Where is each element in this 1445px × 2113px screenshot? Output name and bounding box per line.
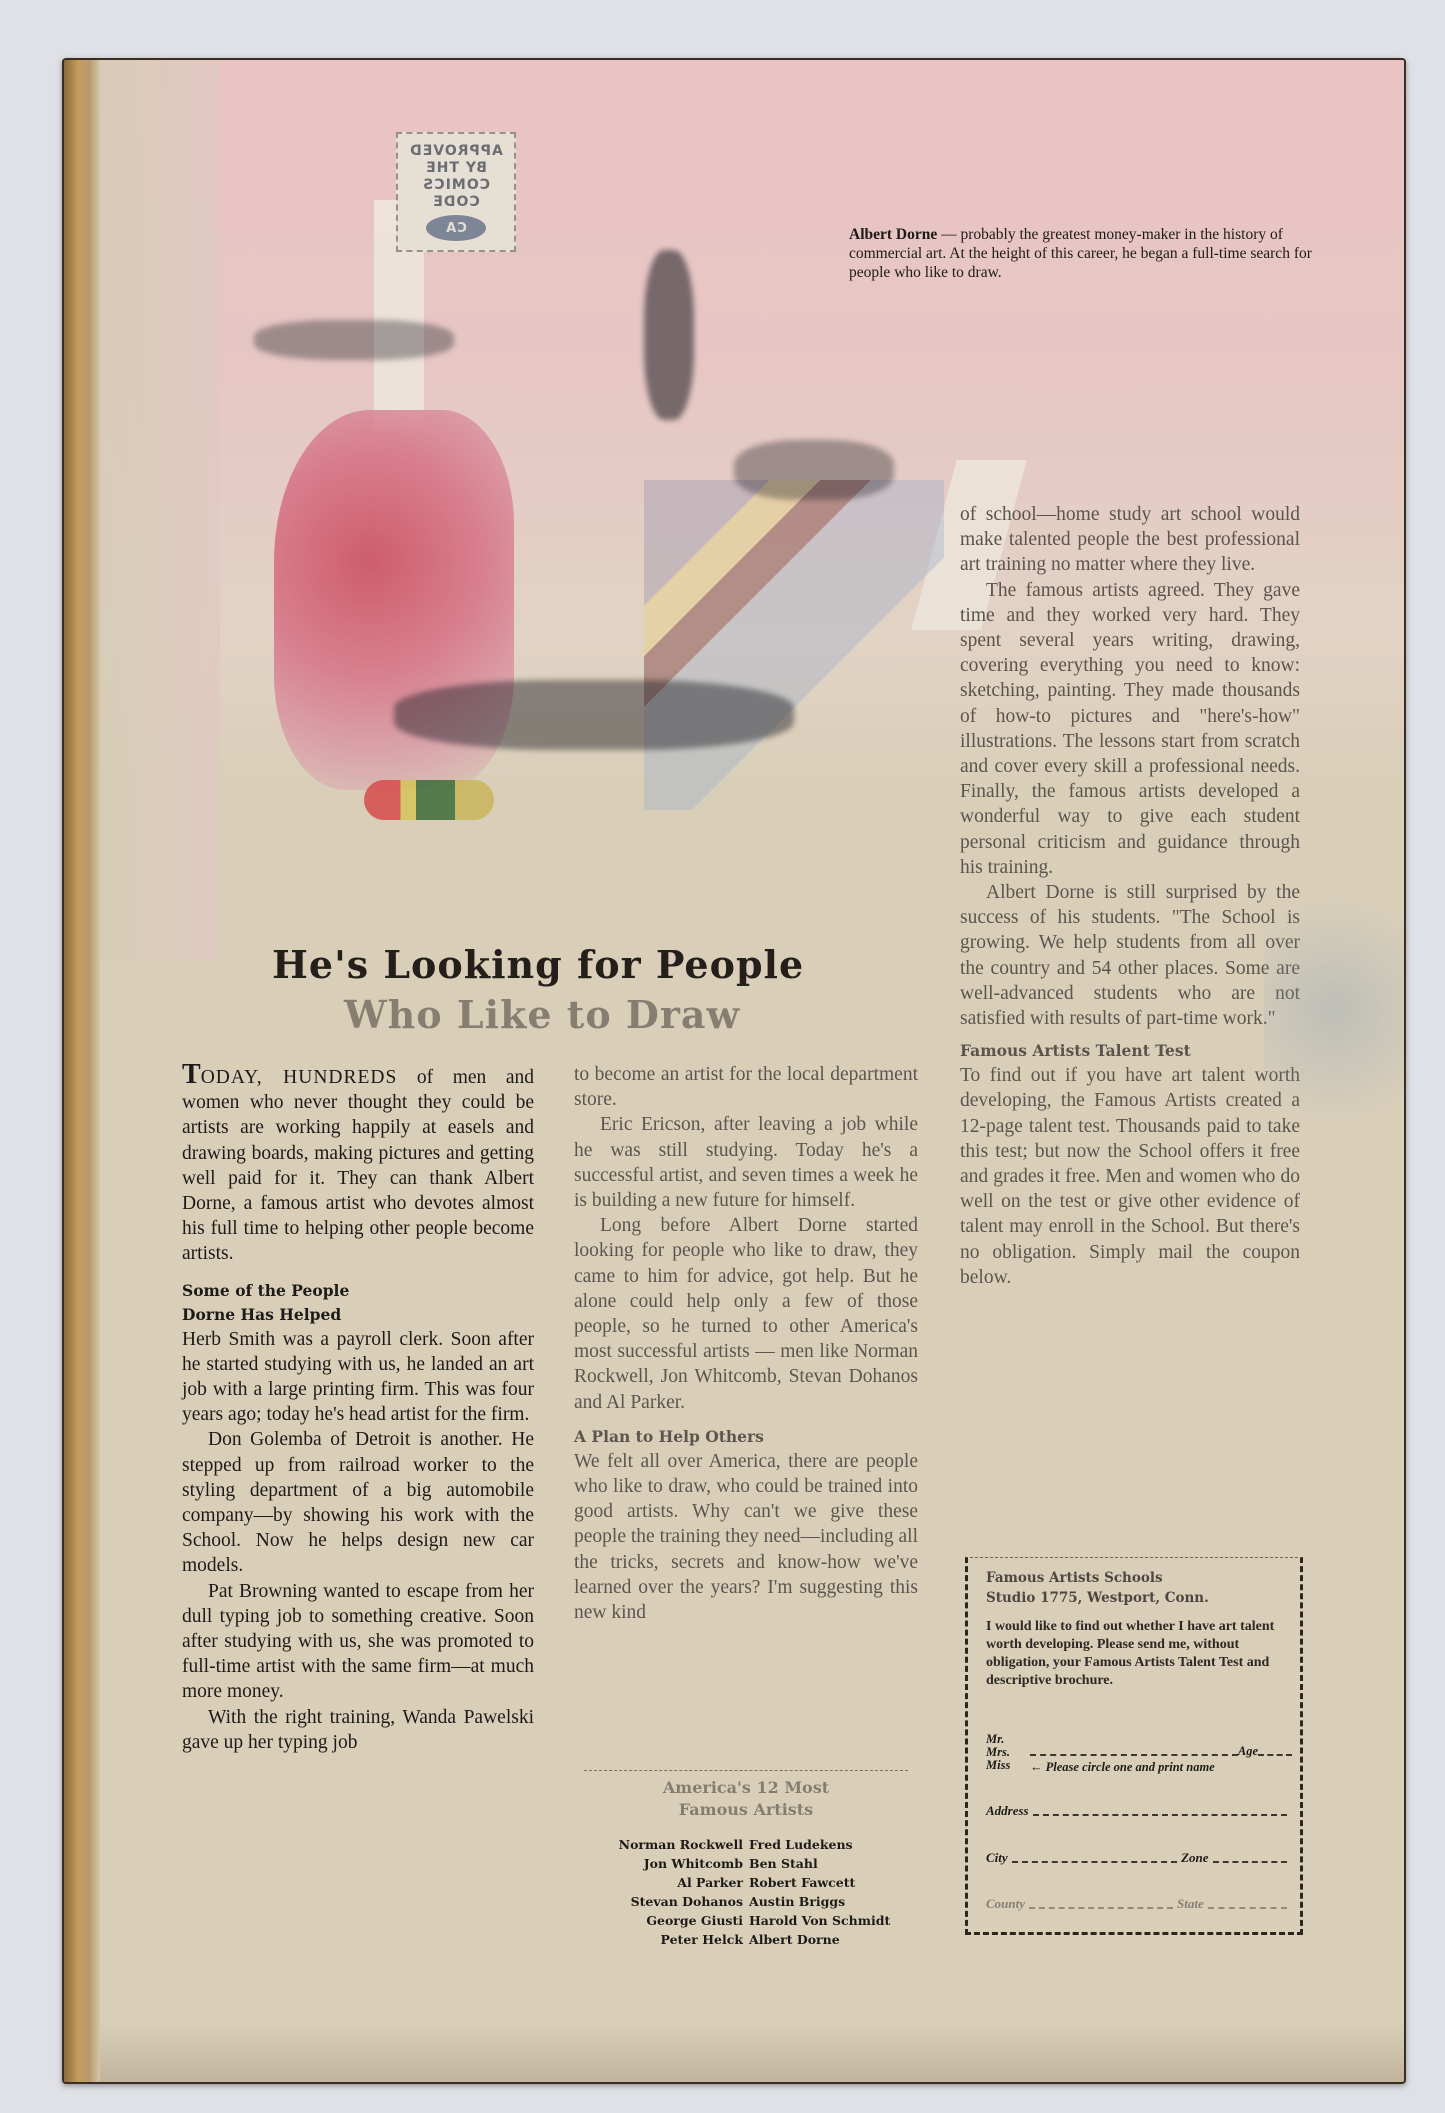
artist-name: Robert Fawcett	[746, 1873, 918, 1892]
address-line[interactable]	[1033, 1813, 1287, 1816]
paragraph: With the right training, Wanda Pawelski …	[182, 1705, 534, 1755]
artist-name: Peter Helck	[574, 1930, 746, 1949]
salutation-miss[interactable]: Miss	[986, 1759, 1010, 1772]
stamp-line: COMICS	[422, 177, 490, 194]
artist-name: George Giusti	[574, 1911, 746, 1930]
city-zone-field[interactable]: City Zone	[986, 1850, 1291, 1866]
zone-label: Zone	[1181, 1850, 1208, 1866]
lead-paragraph: TODAY, HUNDREDS of men and women who nev…	[182, 1062, 534, 1267]
left-border-tint	[100, 60, 220, 960]
ink-smudge	[734, 440, 894, 500]
table-row: Stevan DohanosAustin Briggs	[574, 1892, 918, 1911]
ink-smudge	[394, 680, 794, 750]
mail-in-coupon[interactable]: Famous Artists Schools Studio 1775, West…	[965, 1557, 1303, 1935]
table-row: Jon WhitcombBen Stahl	[574, 1854, 918, 1873]
list-title: America's 12 Most	[574, 1777, 918, 1799]
lead-text: of men and women who never thought they …	[182, 1067, 534, 1264]
artist-name: Harold Von Schmidt	[746, 1911, 918, 1930]
cca-logo-icon: CA	[426, 215, 486, 241]
artist-name: Ben Stahl	[746, 1854, 918, 1873]
subhead: A Plan to Help Others	[574, 1425, 918, 1449]
artist-name: Jon Whitcomb	[574, 1854, 746, 1873]
subhead: Famous Artists Talent Test	[960, 1039, 1300, 1063]
paragraph: Long before Albert Dorne started looking…	[574, 1213, 918, 1415]
article-column-2: to become an artist for the local depart…	[574, 1062, 918, 1625]
circle-note: ← Please circle one and print name	[1030, 1760, 1215, 1775]
famous-artists-list: America's 12 Most Famous Artists Norman …	[574, 1770, 918, 1949]
spine-edge	[64, 60, 100, 2082]
city-label: City	[986, 1850, 1008, 1866]
paragraph: Don Golemba of Detroit is another. He st…	[182, 1427, 534, 1578]
ink-smudge	[254, 320, 454, 360]
paragraph: To find out if you have art talent worth…	[960, 1063, 1300, 1290]
table-row: Al ParkerRobert Fawcett	[574, 1873, 918, 1892]
headline-line-2: Who Like to Draw	[272, 990, 972, 1040]
drop-cap: T	[182, 1059, 201, 1090]
circle-note-text: Please circle one and print name	[1046, 1760, 1215, 1774]
age-line[interactable]	[1258, 1753, 1292, 1756]
artist-name: Austin Briggs	[746, 1892, 918, 1911]
name-line[interactable]	[1030, 1753, 1238, 1756]
city-line[interactable]	[1012, 1860, 1177, 1863]
paint-tubes	[364, 780, 494, 820]
paragraph: of school—home study art school would ma…	[960, 502, 1300, 578]
table-row: George GiustiHarold Von Schmidt	[574, 1911, 918, 1930]
paragraph: Albert Dorne is still surprised by the s…	[960, 880, 1300, 1031]
name-age-field[interactable]: Age	[1030, 1744, 1292, 1759]
article-column-1: TODAY, HUNDREDS of men and women who nev…	[182, 1062, 534, 1755]
comic-back-cover: APPROVED BY THE COMICS CODE CA Albert Do…	[62, 58, 1406, 2084]
address-field[interactable]: Address	[986, 1803, 1291, 1819]
county-label: County	[986, 1896, 1025, 1912]
stamp-line: APPROVED	[409, 143, 503, 160]
zone-line[interactable]	[1213, 1860, 1287, 1863]
state-label: State	[1177, 1896, 1204, 1912]
artists-table: Norman RockwellFred Ludekens Jon Whitcom…	[574, 1835, 918, 1949]
subhead: Some of the People	[182, 1279, 534, 1303]
caption-name: Albert Dorne	[849, 226, 937, 243]
artist-illustration	[214, 180, 1014, 940]
ink-smudge	[644, 250, 694, 420]
paragraph: We felt all over America, there are peop…	[574, 1449, 918, 1625]
paragraph: Pat Browning wanted to escape from her d…	[182, 1579, 534, 1705]
list-title: Famous Artists	[574, 1799, 918, 1821]
salutation-options[interactable]: Mr. Mrs. Miss	[986, 1733, 1010, 1772]
article-column-3: of school—home study art school would ma…	[960, 502, 1300, 1290]
studio-address: Studio 1775, Westport, Conn.	[986, 1588, 1209, 1608]
divider	[584, 1770, 908, 1771]
table-row: Norman RockwellFred Ludekens	[574, 1835, 918, 1854]
easel-drawing	[644, 480, 944, 810]
paragraph: Herb Smith was a payroll clerk. Soon aft…	[182, 1327, 534, 1428]
county-line[interactable]	[1029, 1906, 1173, 1909]
address-label: Address	[986, 1803, 1029, 1819]
artist-name: Al Parker	[574, 1873, 746, 1892]
artist-name: Albert Dorne	[746, 1930, 918, 1949]
artist-name: Norman Rockwell	[574, 1835, 746, 1854]
stamp-line: BY THE	[425, 160, 487, 177]
county-state-field[interactable]: County State	[986, 1896, 1291, 1912]
comics-code-stamp: APPROVED BY THE COMICS CODE CA	[396, 132, 516, 252]
coupon-body: I would like to find out whether I have …	[986, 1618, 1286, 1690]
paragraph: to become an artist for the local depart…	[574, 1062, 918, 1112]
dorne-caption: Albert Dorne — probably the greatest mon…	[849, 225, 1319, 282]
subhead: Dorne Has Helped	[182, 1303, 534, 1327]
headline-line-1: He's Looking for People	[272, 940, 972, 990]
state-line[interactable]	[1208, 1906, 1287, 1909]
wear-overlay	[100, 2022, 1404, 2082]
age-label: Age	[1238, 1744, 1258, 1759]
paragraph: The famous artists agreed. They gave tim…	[960, 578, 1300, 880]
lead-smallcaps: ODAY, HUNDREDS	[201, 1067, 398, 1088]
paragraph: Eric Ericson, after leaving a job while …	[574, 1112, 918, 1213]
table-row: Peter HelckAlbert Dorne	[574, 1930, 918, 1949]
coupon-address: Famous Artists Schools Studio 1775, West…	[986, 1568, 1209, 1608]
artist-name: Stevan Dohanos	[574, 1892, 746, 1911]
headline: He's Looking for People Who Like to Draw	[272, 940, 972, 1040]
school-name: Famous Artists Schools	[986, 1568, 1209, 1588]
artist-name: Fred Ludekens	[746, 1835, 918, 1854]
stamp-line: CODE	[432, 194, 479, 211]
